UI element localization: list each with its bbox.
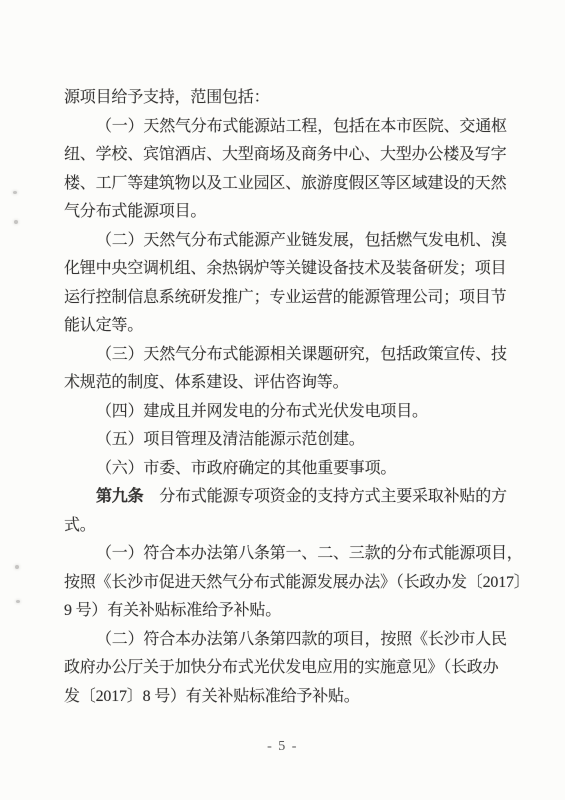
text-segment: （二）天然气分布式能源产业链发展，包括燃气发电机、溴 [96, 232, 507, 249]
text-line: 楼、工厂等建筑物以及工业园区、旅游度假区等区域建设的天然 [64, 170, 516, 199]
text-line: 源项目给予支持，范围包括： [64, 84, 516, 113]
text-line: 第九条 分布式能源专项资金的支持方式主要采取补贴的方 [64, 483, 516, 512]
text-line: （三）天然气分布式能源相关课题研究，包括政策宣传、技 [64, 341, 516, 370]
scan-speck [16, 600, 20, 603]
text-segment: 分布式能源专项资金的支持方式主要采取补贴的方 [143, 488, 506, 505]
scan-speck [15, 565, 19, 569]
text-segment: （一）符合本办法第八条第一、二、三款的分布式能源项目， [96, 545, 523, 562]
text-segment: 纽、学校、宾馆酒店、大型商场及商务中心、大型办公楼及写字 [64, 146, 506, 163]
text-line: （一）天然气分布式能源站工程，包括在本市医院、交通枢 [64, 113, 516, 142]
text-segment: 术规范的制度、体系建设、评估咨询等。 [64, 374, 348, 391]
text-segment: 化锂中央空调机组、余热锅炉等关键设备技术及装备研发；项目 [64, 260, 506, 277]
text-line: 气分布式能源项目。 [64, 198, 516, 227]
text-segment: 能认定等。 [64, 317, 143, 334]
text-line: （四）建成且并网发电的分布式光伏发电项目。 [64, 398, 516, 427]
text-line: （一）符合本办法第八条第一、二、三款的分布式能源项目， [64, 540, 516, 569]
text-line: 能认定等。 [64, 312, 516, 341]
text-segment: 按照《长沙市促进天然气分布式能源发展办法》（长政办发〔2017〕 [64, 574, 530, 591]
text-line: （六）市委、市政府确定的其他重要事项。 [64, 455, 516, 484]
text-segment: 式。 [64, 517, 96, 534]
article-number-heading: 第九条 [96, 488, 143, 505]
text-line: 按照《长沙市促进天然气分布式能源发展办法》（长政办发〔2017〕 [64, 569, 516, 598]
scanned-document-page: 源项目给予支持，范围包括：（一）天然气分布式能源站工程，包括在本市医院、交通枢纽… [0, 0, 565, 800]
page-number: - 5 - [0, 739, 565, 755]
text-segment: 气分布式能源项目。 [64, 203, 206, 220]
text-line: 式。 [64, 512, 516, 541]
text-segment: 9 号）有关补贴标准给予补贴。 [64, 602, 281, 619]
document-body: 源项目给予支持，范围包括：（一）天然气分布式能源站工程，包括在本市医院、交通枢纽… [64, 84, 516, 711]
text-segment: 发〔2017〕8 号）有关补贴标准给予补贴。 [64, 688, 360, 705]
text-segment: （五）项目管理及清洁能源示范创建。 [96, 431, 365, 448]
text-segment: （三）天然气分布式能源相关课题研究，包括政策宣传、技 [96, 346, 507, 363]
text-segment: 源项目给予支持，范围包括： [64, 89, 269, 106]
text-segment: （四）建成且并网发电的分布式光伏发电项目。 [96, 403, 428, 420]
text-segment: （六）市委、市政府确定的其他重要事项。 [96, 460, 396, 477]
text-line: 纽、学校、宾馆酒店、大型商场及商务中心、大型办公楼及写字 [64, 141, 516, 170]
text-line: 术规范的制度、体系建设、评估咨询等。 [64, 369, 516, 398]
text-segment: （一）天然气分布式能源站工程，包括在本市医院、交通枢 [96, 118, 507, 135]
scan-speck [14, 220, 18, 224]
text-segment: 运行控制信息系统研发推广；专业运营的能源管理公司；项目节 [64, 289, 506, 306]
text-line: （五）项目管理及清洁能源示范创建。 [64, 426, 516, 455]
text-segment: 政府办公厅关于加快分布式光伏发电应用的实施意见》（长政办 [64, 659, 498, 676]
text-segment: 楼、工厂等建筑物以及工业园区、旅游度假区等区域建设的天然 [64, 175, 506, 192]
text-line: 发〔2017〕8 号）有关补贴标准给予补贴。 [64, 683, 516, 712]
text-line: 9 号）有关补贴标准给予补贴。 [64, 597, 516, 626]
text-line: 化锂中央空调机组、余热锅炉等关键设备技术及装备研发；项目 [64, 255, 516, 284]
text-segment: （二）符合本办法第八条第四款的项目，按照《长沙市人民 [96, 631, 507, 648]
scan-speck [13, 191, 17, 194]
text-line: 政府办公厅关于加快分布式光伏发电应用的实施意见》（长政办 [64, 654, 516, 683]
text-line: （二）天然气分布式能源产业链发展，包括燃气发电机、溴 [64, 227, 516, 256]
text-line: （二）符合本办法第八条第四款的项目，按照《长沙市人民 [64, 626, 516, 655]
text-line: 运行控制信息系统研发推广；专业运营的能源管理公司；项目节 [64, 284, 516, 313]
